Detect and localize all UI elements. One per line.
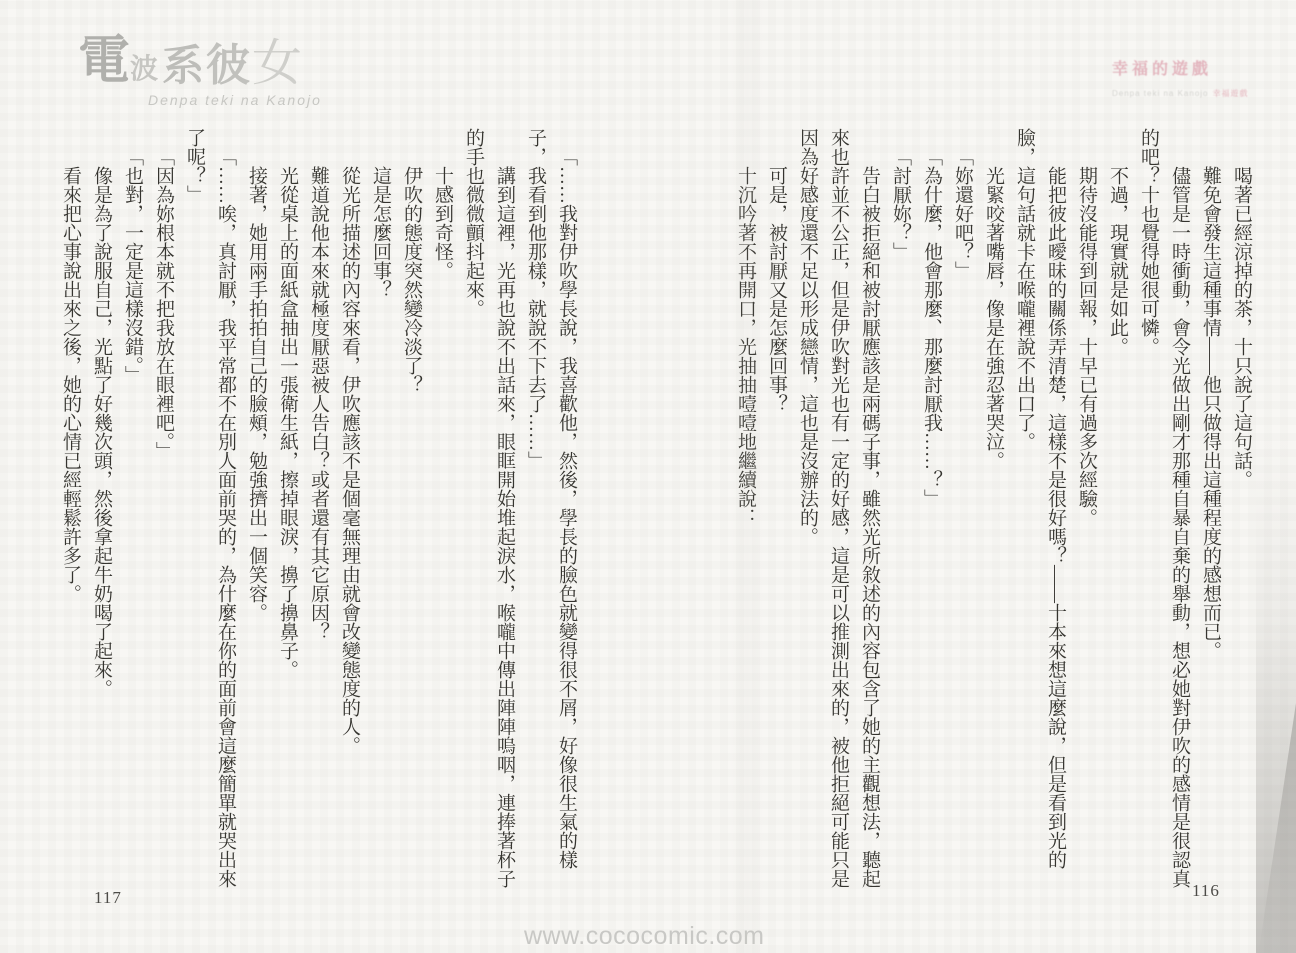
paragraph: 難道說他本來就極度厭惡被人告白？或者還有其它原因？: [303, 128, 334, 888]
paragraph: 不過，現實就是如此。: [1102, 128, 1133, 888]
book-spread-scan: 電波系彼女 Denpa teki na Kanojo 幸福的遊戲 Denpa t…: [0, 0, 1296, 953]
paragraph: 可是，被討厭又是怎麼回事？: [761, 128, 792, 888]
paragraph: 喝著已經涼掉的茶，十只說了這句話。: [1226, 128, 1257, 888]
page-number-116: 116: [1192, 881, 1220, 901]
page-116-text: 喝著已經涼掉的茶，十只說了這句話。難免會發生這種事情——他只做得出這種程度的感想…: [730, 128, 1257, 888]
paragraph: 「妳還好吧？」: [947, 128, 978, 888]
paragraph: 像是為了說服自己，光點了好幾次頭，然後拿起牛奶喝了起來。: [86, 128, 117, 888]
paragraph: 儘管是一時衝動，會令光做出剛才那種自暴自棄的舉動，想必她對伊吹的感情是很認真的吧…: [1133, 128, 1195, 888]
paragraph: 能把彼此曖昧的關係弄清楚，這樣不是很好嗎？——十本來想這麼說，但是看到光的臉，這…: [1009, 128, 1071, 888]
paragraph: 伊吹的態度突然變冷淡了？: [396, 128, 427, 888]
paragraph: 「討厭妳？」: [885, 128, 916, 888]
paragraph: 「為什麼，他會那麼、那麼討厭我……？」: [916, 128, 947, 888]
paragraph: 十感到奇怪。: [427, 128, 458, 888]
series-logo-romaji: Denpa teki na Kanojo: [148, 92, 322, 108]
site-watermark: www.cococomic.com: [524, 922, 765, 951]
logo-char: 彼: [206, 44, 250, 88]
paragraph: 看來把心事說出來之後，她的心情已經輕鬆許多了。: [55, 128, 86, 888]
series-label: 幸福的遊戲 Denpa teki na Kanojo 幸福遊戲: [1112, 56, 1272, 101]
paragraph: 告白被拒絕和被討厭應該是兩碼子事，雖然光所敘述的內容包含了她的主觀想法，聽起來也…: [792, 128, 885, 888]
page-number-117: 117: [94, 888, 122, 908]
paragraph: 「……我對伊吹學長說，我喜歡他，然後，學長的臉色就變得很不屑，好像很生氣的樣子，…: [520, 128, 582, 888]
paragraph: 講到這裡，光再也說不出話來，眼眶開始堆起淚水，喉嚨中傳出陣陣嗚咽，連捧著杯子的手…: [458, 128, 520, 888]
logo-char: 電: [78, 36, 130, 88]
paragraph: 「因為妳根本就不把我放在眼裡吧。」: [148, 128, 179, 888]
paragraph: 光緊咬著嘴唇，像是在強忍著哭泣。: [978, 128, 1009, 888]
paragraph: 「……唉，真討厭，我平常都不在別人面前哭的，為什麼在你的面前會這麼簡單就哭出來了…: [179, 128, 241, 888]
series-label-subline: Denpa teki na Kanojo 幸福遊戲: [1112, 83, 1272, 101]
paragraph: 接著，她用兩手拍拍自己的臉頰，勉強擠出一個笑容。: [241, 128, 272, 888]
paragraph: 從光所描述的內容來看，伊吹應該不是個毫無理由就會改變態度的人。: [334, 128, 365, 888]
logo-char: 系: [162, 46, 204, 88]
logo-char: 女: [252, 38, 302, 88]
paragraph: 難免會發生這種事情——他只做得出這種程度的感想而已。: [1195, 128, 1226, 888]
paragraph: 這是怎麼回事？: [365, 128, 396, 888]
paragraph: 「也對，一定是這樣沒錯。」: [117, 128, 148, 888]
page-117-text: 「……我對伊吹學長說，我喜歡他，然後，學長的臉色就變得很不屑，好像很生氣的樣子，…: [55, 128, 582, 888]
paragraph: 光從桌上的面紙盒抽出一張衛生紙，擦掉眼淚，擤了擤鼻子。: [272, 128, 303, 888]
page-gutter-shade: [730, 0, 764, 953]
series-label-subline-romaji: Denpa teki na Kanojo: [1112, 89, 1209, 98]
logo-char: 波: [130, 56, 158, 84]
series-label-subline-tail: 幸福遊戲: [1213, 89, 1249, 98]
paragraph: 期待沒能得到回報，十早已有過多次經驗。: [1071, 128, 1102, 888]
series-logo: 電波系彼女: [78, 36, 302, 88]
series-label-title: 幸福的遊戲: [1112, 56, 1272, 79]
